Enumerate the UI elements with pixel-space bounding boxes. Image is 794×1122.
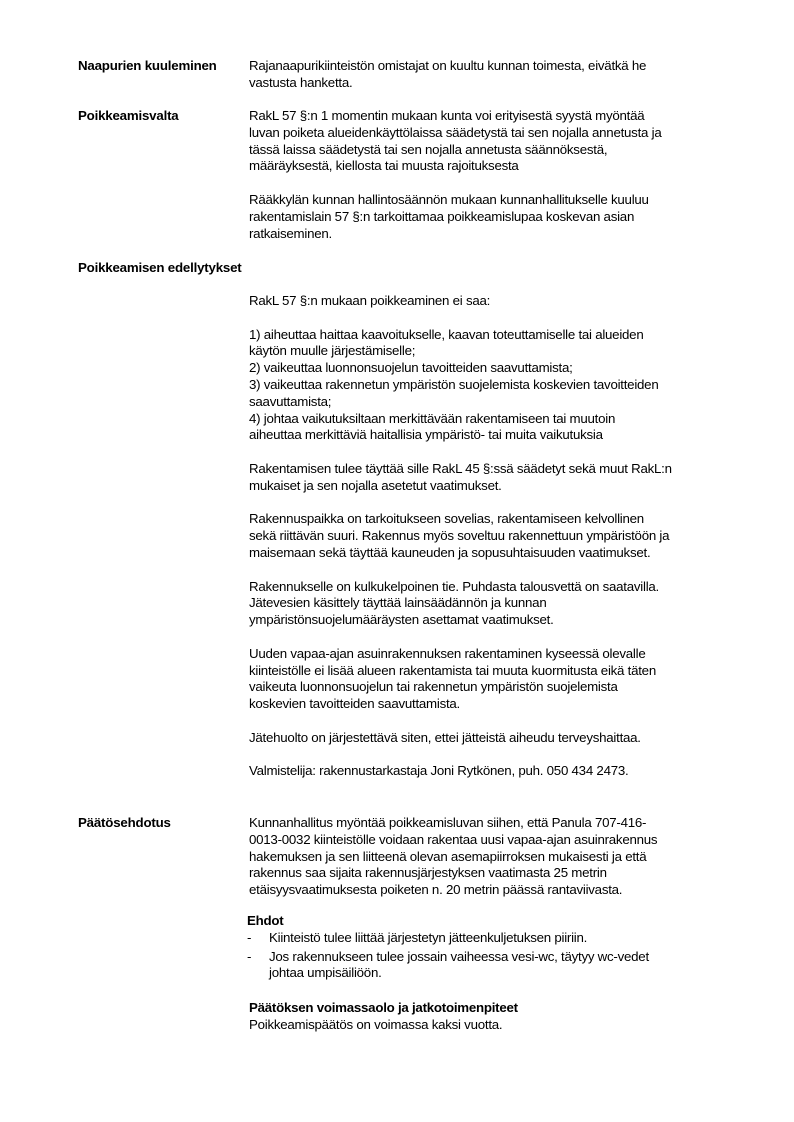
section-body: RakL 57 §:n 1 momentin mukaan kunta voi … (249, 108, 719, 242)
text-line: koskevien tavoitteiden saavuttamista. (249, 696, 719, 713)
list-line: 1) aiheuttaa haittaa kaavoitukselle, kaa… (249, 327, 719, 344)
list-line: käytön muulle järjestämiselle; (249, 343, 719, 360)
text-line: rakennus saa sijaita rakennusjärjestykse… (249, 865, 719, 882)
text-line: vastusta hanketta. (249, 75, 719, 92)
list-line: 2) vaikeuttaa luonnonsuojelun tavoitteid… (249, 360, 719, 377)
text-line: Kiinteistö tulee liittää järjestetyn jät… (269, 930, 719, 947)
text-line: mukaiset ja sen nojalla asetetut vaatimu… (249, 478, 719, 495)
section-body: RakL 57 §:n mukaan poikkeaminen ei saa: … (249, 293, 719, 780)
text-line: Jätevesien käsittely täyttää lainsäädänn… (249, 595, 719, 612)
text-line: ratkaiseminen. (249, 226, 719, 243)
section-body: Kunnanhallitus myöntää poikkeamisluvan s… (249, 815, 719, 1034)
text-line: Kunnanhallitus myöntää poikkeamisluvan s… (249, 815, 719, 832)
text-line: etäisyysvaatimuksesta poiketen n. 20 met… (249, 882, 719, 899)
text-line: määräyksestä, kiellosta tai muusta rajoi… (249, 158, 719, 175)
text-line: luvan poiketa alueidenkäyttölaissa sääde… (249, 125, 719, 142)
preparer-line: Valmistelija: rakennustarkastaja Joni Ry… (249, 763, 719, 780)
text-line: Rakennukselle on kulkukelpoinen tie. Puh… (249, 579, 719, 596)
text-line: tässä laissa säädetystä tai sen nojalla … (249, 142, 719, 159)
section-body: Rajanaapurikiinteistön omistajat on kuul… (249, 58, 719, 92)
condition-item: - Jos rakennukseen tulee jossain vaihees… (247, 949, 719, 983)
list-line: saavuttamista; (249, 394, 719, 411)
text-line: maisemaan sekä täyttää kauneuden ja sopu… (249, 545, 719, 562)
text-line: RakL 57 §:n mukaan poikkeaminen ei saa: (249, 293, 719, 310)
text-line: vaikeuta luonnonsuojelun tai rakennetun … (249, 679, 719, 696)
text-line: Poikkeamispäätös on voimassa kaksi vuott… (249, 1017, 719, 1034)
text-line: rakentamislain 57 §:n tarkoittamaa poikk… (249, 209, 719, 226)
section-label: Poikkeamisvalta (78, 108, 248, 125)
text-line: RakL 57 §:n 1 momentin mukaan kunta voi … (249, 108, 719, 125)
text-line: Rajanaapurikiinteistön omistajat on kuul… (249, 58, 719, 75)
text-line: Uuden vapaa-ajan asuinrakennuksen rakent… (249, 646, 719, 663)
text-line: 0013-0032 kiinteistölle voidaan rakentaa… (249, 832, 719, 849)
list-line: 3) vaikeuttaa rakennetun ympäristön suoj… (249, 377, 719, 394)
text-line: sekä riittävän suuri. Rakennus myös sove… (249, 528, 719, 545)
ehdot-heading: Ehdot (247, 913, 719, 930)
list-line: 4) johtaa vaikutuksiltaan merkittävään r… (249, 411, 719, 428)
voimassaolo-heading: Päätöksen voimassaolo ja jatkotoimenpite… (249, 1000, 719, 1017)
text-line: Rakentamisen tulee täyttää sille RakL 45… (249, 461, 719, 478)
dash-bullet: - (247, 949, 251, 966)
text-line: johtaa umpisäiliöön. (269, 965, 719, 982)
text-line: Rääkkylän kunnan hallintosäännön mukaan … (249, 192, 719, 209)
section-label: Päätösehdotus (78, 815, 248, 832)
section-label: Naapurien kuuleminen (78, 58, 248, 75)
condition-item: - Kiinteistö tulee liittää järjestetyn j… (247, 930, 719, 947)
text-line: Jos rakennukseen tulee jossain vaiheessa… (269, 949, 719, 966)
text-line: hakemuksen ja sen liitteenä olevan asema… (249, 849, 719, 866)
section-label: Poikkeamisen edellytykset (78, 260, 478, 277)
text-line: ympäristönsuojelumääräysten asettamat va… (249, 612, 719, 629)
text-line: kiinteistölle ei lisää alueen rakentamis… (249, 663, 719, 680)
text-line: Rakennuspaikka on tarkoitukseen sovelias… (249, 511, 719, 528)
list-line: aiheuttaa merkittäviä haitallisia ympäri… (249, 427, 719, 444)
text-line: Jätehuolto on järjestettävä siten, ettei… (249, 730, 719, 747)
dash-bullet: - (247, 930, 251, 947)
